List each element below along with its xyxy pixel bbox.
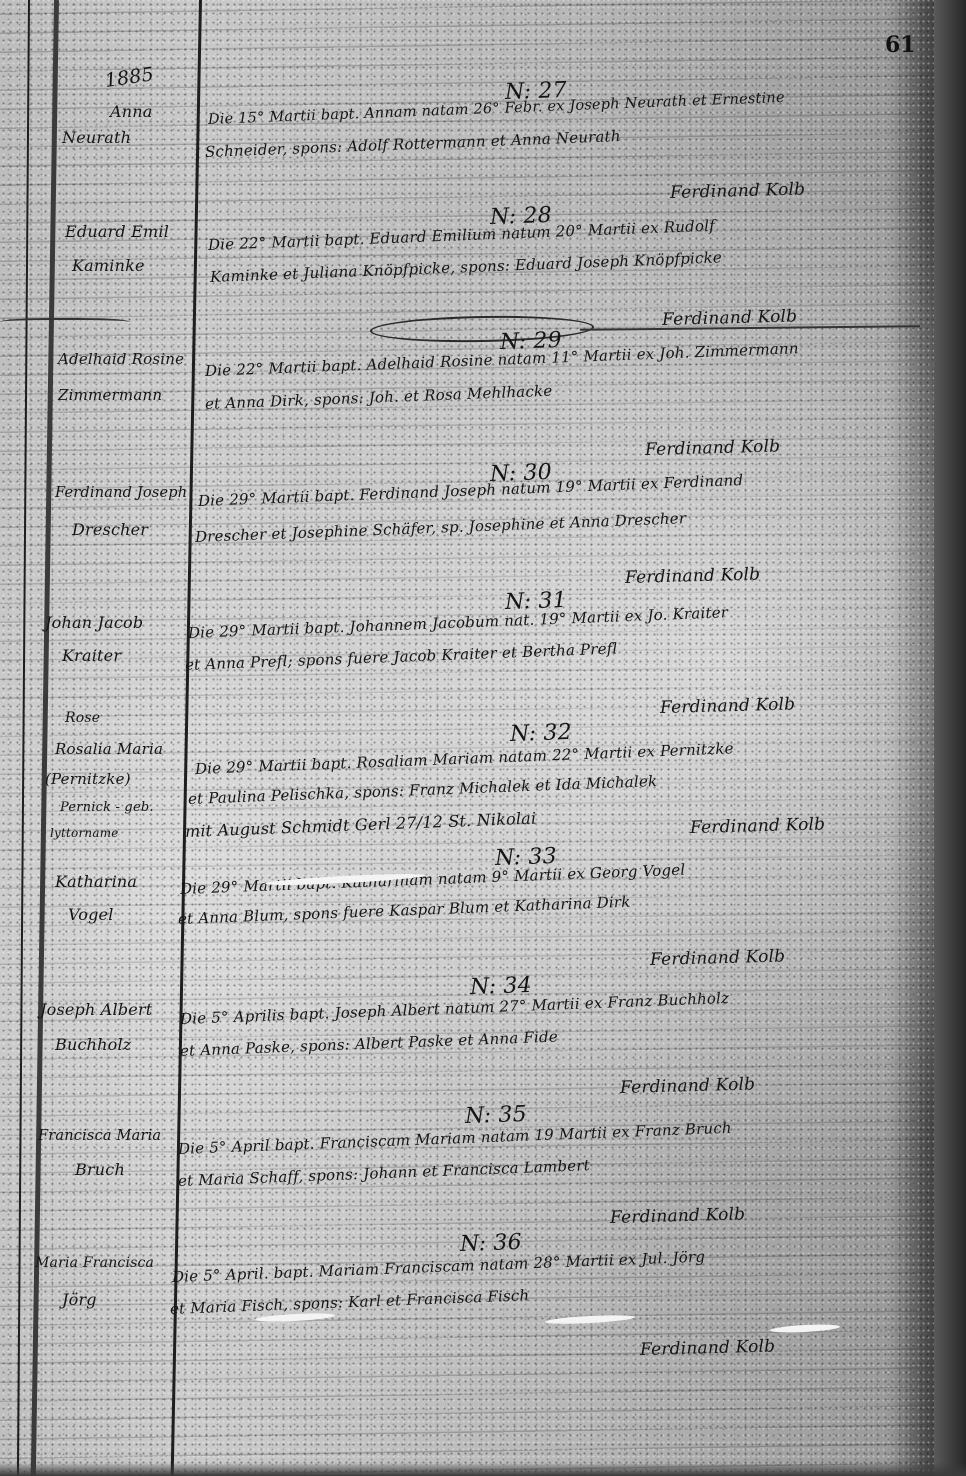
margin-name-30-line2: Drescher xyxy=(72,520,148,539)
margin-name-28-line2: Kaminke xyxy=(72,256,145,275)
entry-number-36: N: 36 xyxy=(460,1230,523,1257)
margin-name-32-line2: Rosalia Maria xyxy=(55,740,163,758)
signature-36: Ferdinand Kolb xyxy=(640,1336,776,1360)
margin-flourish xyxy=(0,318,130,328)
separator-line xyxy=(580,325,920,331)
entry-30-line2: Drescher et Josephine Schäfer, sp. Josep… xyxy=(195,509,687,546)
margin-name-29-line2: Zimmermann xyxy=(58,386,162,404)
margin-name-32-line1: Rose xyxy=(65,710,100,726)
margin-name-32-line5: lyttorname xyxy=(50,826,119,840)
entry-number-32: N: 32 xyxy=(510,720,573,747)
entry-34-line2: et Anna Paske, spons: Albert Paske et An… xyxy=(180,1027,559,1060)
paper-damage xyxy=(545,1314,635,1326)
signature-35: Ferdinand Kolb xyxy=(610,1204,746,1228)
entry-31-line2: et Anna Prefl; spons fuere Jacob Kraiter… xyxy=(185,639,618,674)
margin-name-29-line1: Adelhaid Rosine xyxy=(58,350,184,368)
margin-name-33-line2: Vogel xyxy=(68,905,114,924)
entry-29-line2: et Anna Dirk, spons: Joh. et Rosa Mehlha… xyxy=(205,382,553,413)
entry-27-line2: Schneider, spons: Adolf Rottermann et An… xyxy=(205,127,621,161)
register-page: 61 1885 N: 27 Anna Neurath Die 15° Marti… xyxy=(0,0,966,1476)
margin-name-31-line2: Kraiter xyxy=(62,646,121,665)
signature-31: Ferdinand Kolb xyxy=(660,694,796,718)
name-column-rule xyxy=(171,0,202,1476)
entry-27-line1: Die 15° Martii bapt. Annam natam 26° Feb… xyxy=(208,90,785,128)
entry-33-line2: et Anna Blum, spons fuere Kaspar Blum et… xyxy=(178,893,631,928)
margin-rule-outer xyxy=(17,0,30,1476)
scan-edge-shadow xyxy=(934,0,966,1476)
scan-bottom-shadow xyxy=(0,1462,966,1476)
entry-31-line1: Die 29° Martii bapt. Johannem Jacobum na… xyxy=(188,603,729,642)
margin-name-34-line2: Buchholz xyxy=(55,1035,131,1054)
margin-name-30-line1: Ferdinand Joseph xyxy=(55,485,187,501)
margin-name-27-line1: Anna xyxy=(110,102,153,121)
signature-29: Ferdinand Kolb xyxy=(645,436,781,460)
page-number: 61 xyxy=(885,32,916,58)
signature-33: Ferdinand Kolb xyxy=(650,946,786,970)
margin-name-35-line2: Bruch xyxy=(75,1160,125,1179)
entry-32-line2: et Paulina Pelischka, spons: Franz Micha… xyxy=(188,772,658,808)
margin-name-33-line1: Katharina xyxy=(55,872,137,891)
margin-name-35-line1: Francisca Maria xyxy=(38,1128,161,1144)
entry-35-line1: Die 5° April bapt. Franciscam Mariam nat… xyxy=(178,1119,732,1158)
entry-34-line1: Die 5° Aprilis bapt. Joseph Albert natum… xyxy=(180,989,730,1028)
entry-number-35: N: 35 xyxy=(465,1102,528,1129)
signature-27: Ferdinand Kolb xyxy=(670,179,806,203)
signature-30: Ferdinand Kolb xyxy=(625,564,761,588)
margin-name-36-line2: Jörg xyxy=(62,1290,97,1309)
margin-name-36-line1: Maria Francisca xyxy=(35,1255,154,1271)
entry-28-line1: Die 22° Martii bapt. Eduard Emilium natu… xyxy=(208,217,716,254)
year-heading: 1885 xyxy=(103,63,155,92)
entry-35-line2: et Maria Schaff, spons: Johann et Franci… xyxy=(178,1156,591,1190)
margin-name-28-line1: Eduard Emil xyxy=(65,222,169,241)
margin-name-32-line3: (Pernitzke) xyxy=(45,770,131,788)
margin-name-27-line2: Neurath xyxy=(62,128,131,147)
signature-32: Ferdinand Kolb xyxy=(690,814,826,838)
entry-30-line1: Die 29° Martii bapt. Ferdinand Joseph na… xyxy=(198,471,744,510)
entry-36-line1: Die 5° April. bapt. Mariam Franciscam na… xyxy=(172,1248,706,1286)
margin-name-32-line4: Pernick - geb. xyxy=(60,800,154,815)
entry-28-line2: Kaminke et Juliana Knöpfpicke, spons: Ed… xyxy=(210,248,723,286)
margin-name-34-line1: Joseph Albert xyxy=(40,1000,152,1019)
signature-34: Ferdinand Kolb xyxy=(620,1074,756,1098)
margin-name-31-line1: Johan Jacob xyxy=(45,613,143,632)
entry-32-annotation: mit August Schmidt Gerl 27/12 St. Nikola… xyxy=(185,809,537,841)
entry-36-line2: et Maria Fisch, spons: Karl et Francisca… xyxy=(170,1286,530,1318)
paper-damage xyxy=(770,1323,840,1334)
